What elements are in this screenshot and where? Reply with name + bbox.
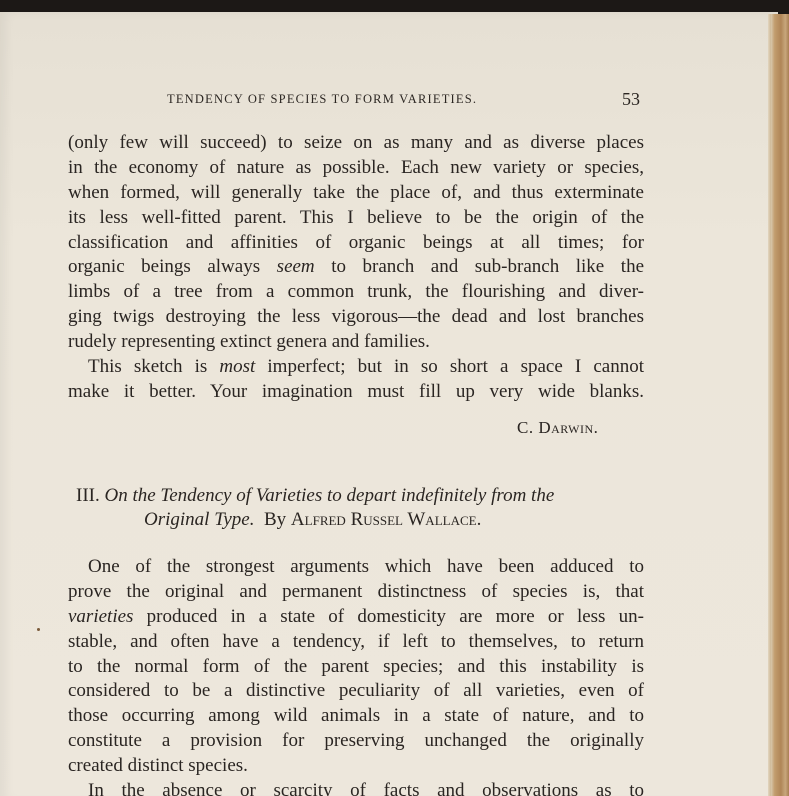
emphasis: seem [277, 256, 315, 277]
text-line: those occurring among wild animals in a … [68, 704, 644, 729]
author-name: Alfred Russel Wallace. [291, 509, 481, 530]
text-line: In the absence or scarcity of facts and … [68, 779, 644, 796]
signature-darwin: C. Darwin. [517, 418, 598, 438]
running-head: Tendency of species to form varieties. [167, 92, 647, 107]
text-line: when formed, will generally take the pla… [68, 181, 644, 206]
text-line: varieties produced in a state of domesti… [68, 605, 644, 630]
section-numeral: III. [76, 485, 100, 506]
heading-line-1: III. On the Tendency of Varieties to dep… [76, 484, 636, 508]
text-line: in the economy of nature as possible. Ea… [68, 156, 644, 181]
section-heading: III. On the Tendency of Varieties to dep… [76, 484, 636, 532]
text-line: rudely representing extinct genera and f… [68, 330, 644, 355]
text-line: organic beings always seem to branch and… [68, 255, 644, 280]
emphasis: varieties [68, 606, 133, 627]
text-line: This sketch is most imperfect; but in so… [68, 355, 644, 380]
text-line: make it better. Your imagination must fi… [68, 380, 644, 405]
page-number: 53 [622, 89, 640, 110]
article-title: On the Tendency of Varieties to depart i… [104, 485, 554, 506]
text-line: (only few will succeed) to seize on as m… [68, 131, 644, 156]
heading-line-2: Original Type. By Alfred Russel Wallace. [76, 508, 636, 532]
text-line: ging twigs destroying the less vigorous—… [68, 305, 644, 330]
darwin-text-block: (only few will succeed) to seize on as m… [68, 131, 644, 405]
text-line: classification and affinities of organic… [68, 231, 644, 256]
text-line: prove the original and permanent distinc… [68, 580, 644, 605]
text-line: considered to be a distinctive peculiari… [68, 679, 644, 704]
text-line: One of the strongest arguments which hav… [68, 555, 644, 580]
text-line: constitute a provision for preserving un… [68, 729, 644, 754]
emphasis: most [219, 356, 255, 377]
text-line: its less well-fitted parent. This I beli… [68, 206, 644, 231]
text-line: created distinct species. [68, 754, 644, 779]
wallace-text-block: One of the strongest arguments which hav… [68, 555, 644, 796]
text-line: stable, and often have a tendency, if le… [68, 630, 644, 655]
paper-speck [37, 628, 40, 631]
article-title-cont: Original Type. [144, 509, 254, 530]
text-line: to the normal form of the parent species… [68, 655, 644, 680]
book-page-edges [771, 14, 789, 796]
text-line: limbs of a tree from a common trunk, the… [68, 280, 644, 305]
